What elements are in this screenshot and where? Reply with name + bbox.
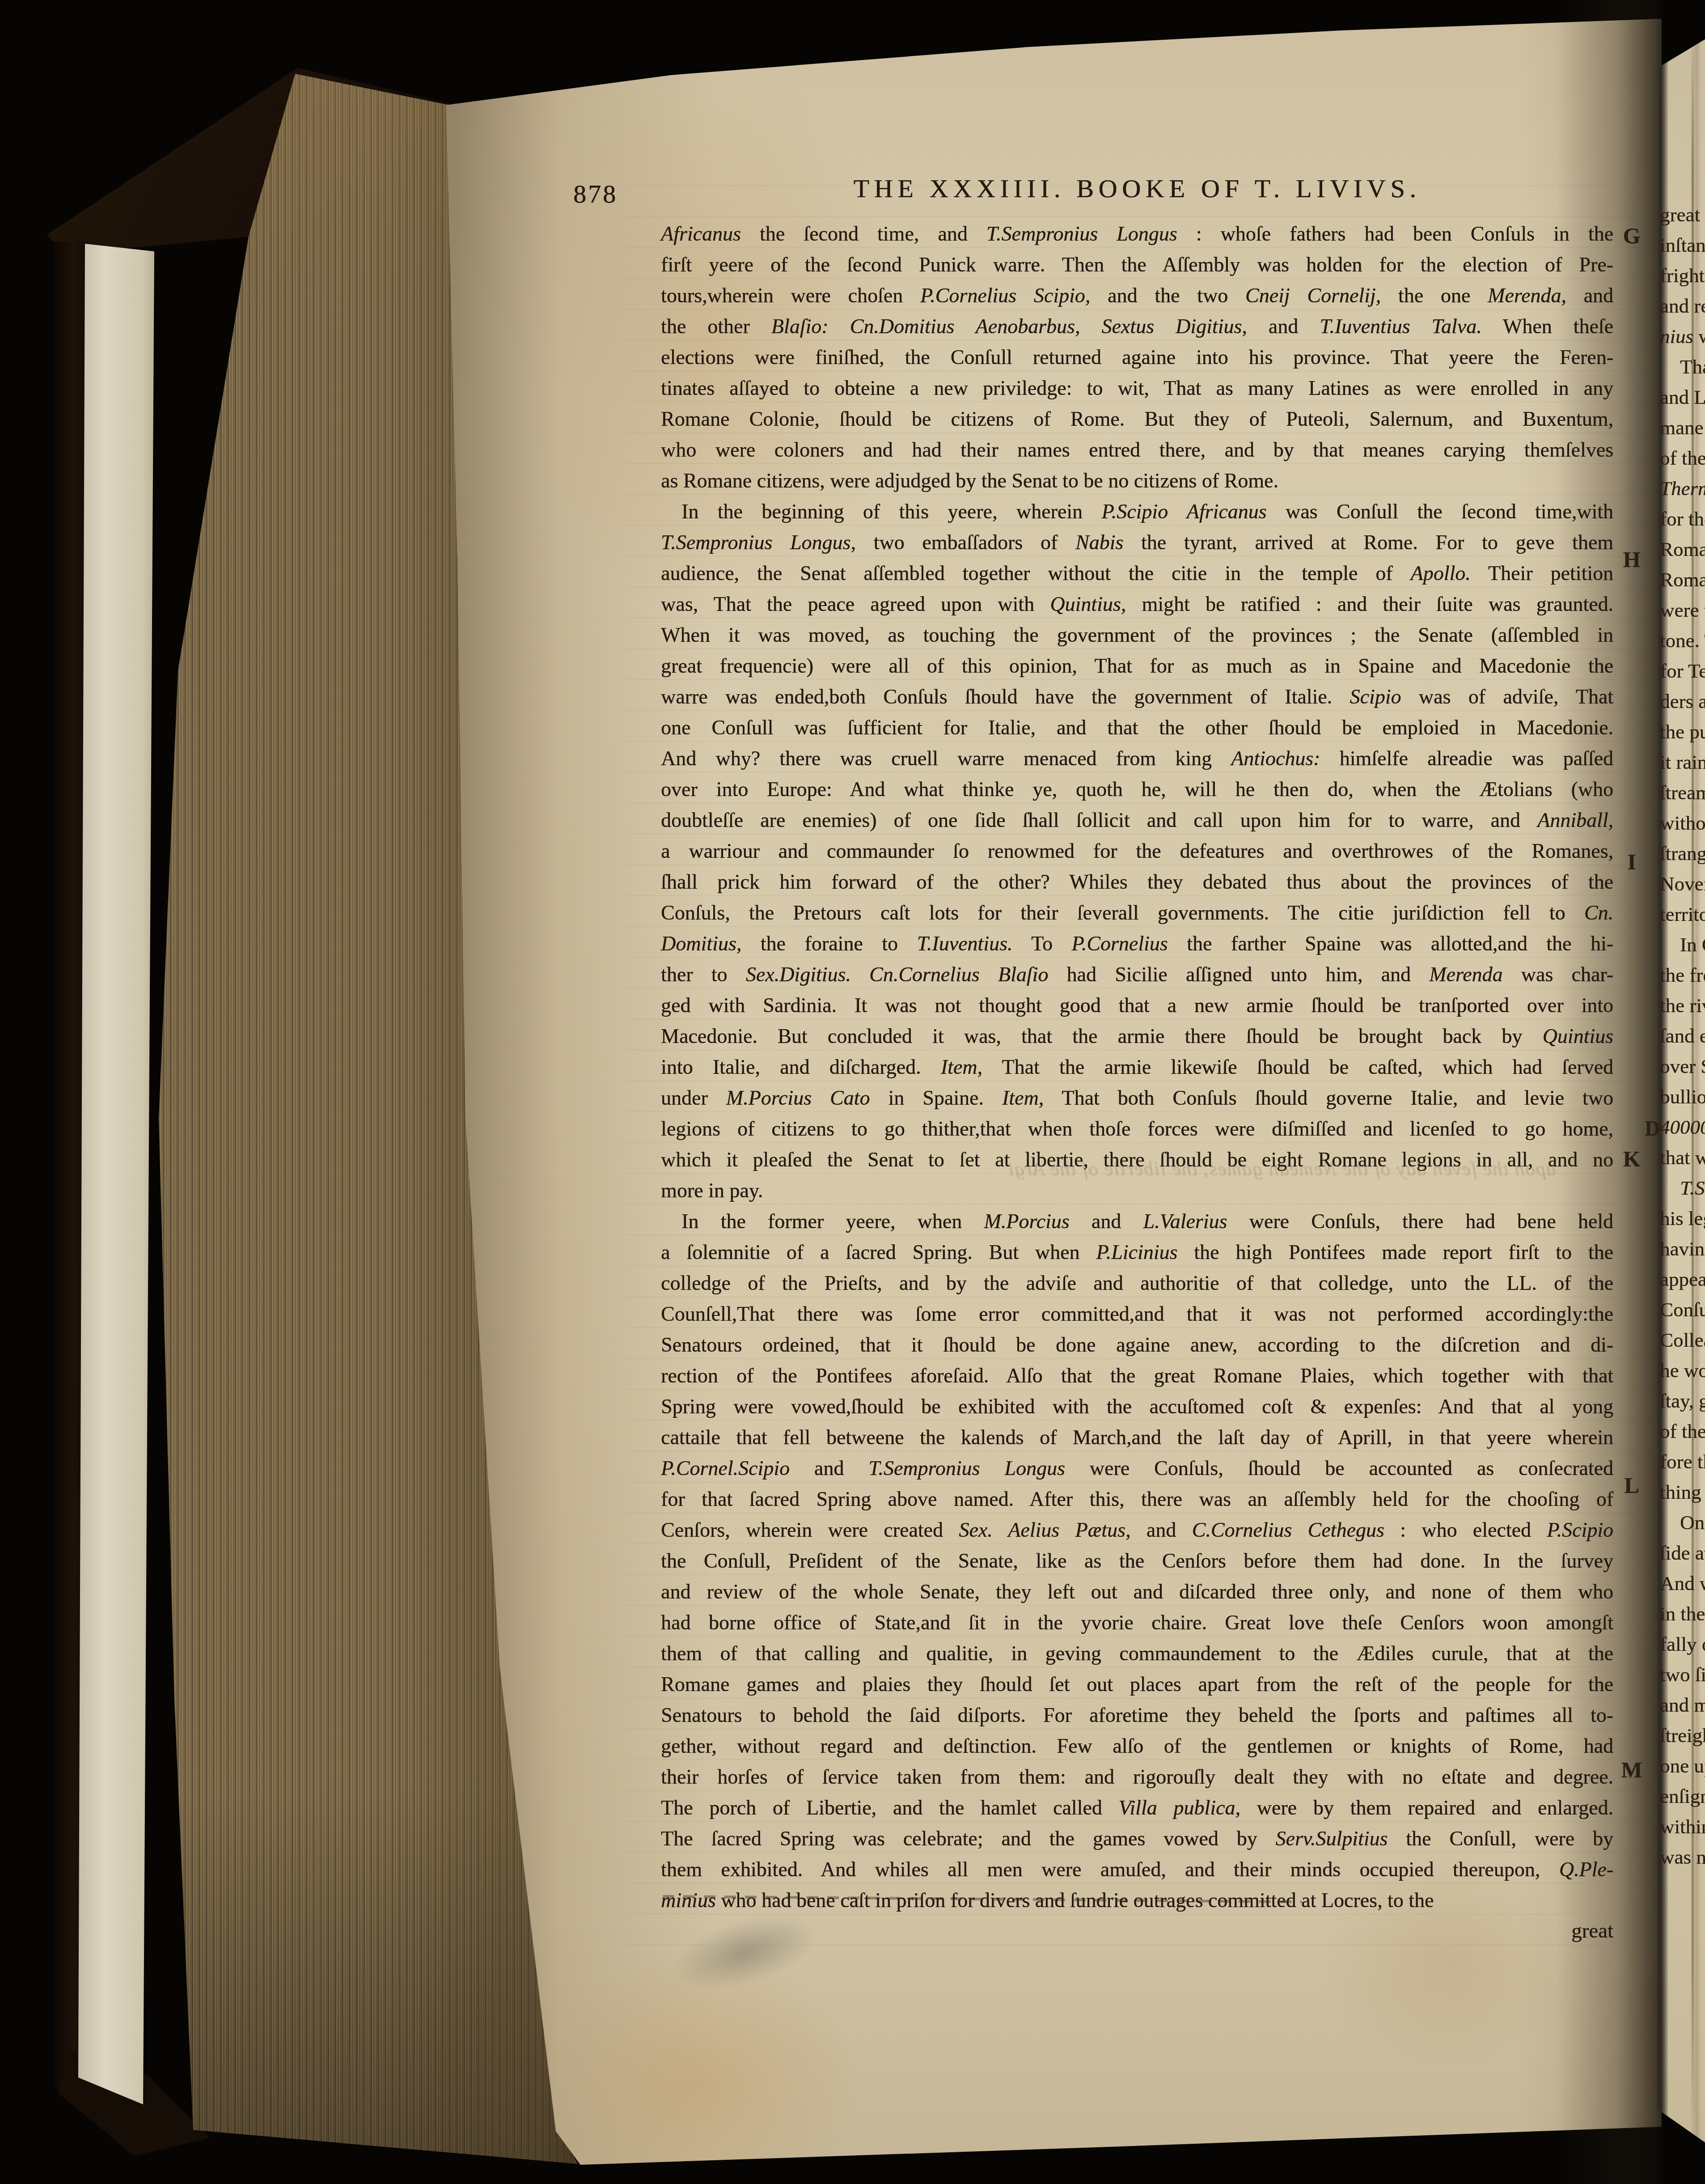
body-line: their horſes of ſervice taken from them:… [661,1761,1613,1792]
margin-letter-K: K [1615,1146,1648,1172]
next-page-line: tone. The [1660,627,1705,654]
body-line: great frequencie) were all of this opini… [661,650,1613,681]
body-line: Senatours ordeined, that it ſhould be do… [661,1329,1613,1360]
next-page-line: inſtant ſho [1660,232,1705,259]
next-page-line: and made [1660,1692,1705,1718]
next-page-line: ſand e [1660,1022,1705,1049]
body-line: Africanus the ſecond time, and T.Sempron… [661,218,1613,249]
body-line: Macedonie. But concluded it was, that th… [661,1021,1613,1052]
body-line: was, That the peace agreed upon with Qui… [661,589,1613,619]
next-page-line: bullio [1660,1083,1705,1110]
body-line: the other Blaſio: Cn.Domitius Aenobarbus… [661,311,1613,342]
body-line: The ſacred Spring was celebrate; and the… [661,1823,1613,1854]
body-line: Domitius, the foraine to T.Iuventius. To… [661,928,1613,959]
body-line: And why? there was cruell warre menaced … [661,743,1613,774]
body-line: under M.Porcius Cato in Spaine. Item, Th… [661,1082,1613,1113]
next-page-line: That ye [1660,353,1705,380]
body-line: Romane games and plaies they ſhould ſet … [661,1669,1613,1700]
next-page-line: his legio [1660,1205,1705,1232]
next-page-line: T.Se [1660,1175,1705,1201]
next-page-line: and reporte [1660,293,1705,319]
next-page-line: and Literat [1660,384,1705,411]
body-line: them exhibited. And whiles all men were … [661,1854,1613,1885]
body-line: who were coloners and had their names en… [661,434,1613,465]
next-page-line: were woon [1660,597,1705,623]
next-page-line: thing bu [1660,1479,1705,1505]
body-line: over into Europe: And what thinke ye, qu… [661,774,1613,805]
next-page-line: having ra [1660,1235,1705,1262]
next-page-line: ſtreights. [1660,1722,1705,1749]
body-line: Conſuls, the Pretours caſt lots for thei… [661,897,1613,928]
next-page-line: 400000 [1660,1114,1705,1141]
next-page-line: for the like [1660,505,1705,532]
next-page-line: territori [1660,901,1705,928]
next-page-line: over S [1660,1053,1705,1080]
next-page-line: was nothi [1660,1844,1705,1870]
body-line: cattaile that fell betweene the kalends … [661,1422,1613,1453]
body-line: warre was ended,both Conſuls ſhould have… [661,681,1613,712]
body-line: one Conſull was ſufficient for Italie, a… [661,712,1613,743]
margin-letter-M: M [1615,1757,1648,1783]
next-page-line: enſignes o [1660,1783,1705,1810]
show-through-ghost-text: upon the ſeven day of the Nemean games, … [733,1158,1556,1180]
next-page-line: two ſide g [1660,1661,1705,1688]
next-page-line: it rained e [1660,749,1705,776]
next-page-line: ſtreame o [1660,779,1705,806]
body-line: When it was moved, as touching the gover… [661,619,1613,650]
body-line: had borne office of State,and ſit in the… [661,1607,1613,1638]
body-line: The porch of Libertie, and the hamlet ca… [661,1792,1613,1823]
body-line: P.Cornel.Scipio and T.Sempronius Longus … [661,1453,1613,1484]
body-line: Counſell,That there was ſome error commi… [661,1298,1613,1329]
running-title: THE XXXIIII. BOOKE OF T. LIVIVS. [661,174,1613,204]
next-page-line: the fren [1660,962,1705,988]
next-page-line: within the [1660,1813,1705,1840]
body-line: the Conſull, Preſident of the Senate, li… [661,1545,1613,1576]
next-page-line: Romane ci [1660,566,1705,593]
next-page-line: of the Co [1660,1418,1705,1445]
body-line: and review of the whole Senate, they lef… [661,1576,1613,1607]
next-page-line: one upon [1660,1752,1705,1779]
next-page-line: appeared [1660,1266,1705,1293]
next-page-line: And whe [1660,1570,1705,1597]
flyleaf-page-edge [76,242,159,2111]
next-page-line: Colleagu [1660,1327,1705,1353]
body-line: a warriour and commaunder ſo renowmed fo… [661,835,1613,866]
next-page-line: Novend [1660,870,1705,897]
body-line: ged with Sardinia. It was not thought go… [661,990,1613,1021]
body-line: ther to Sex.Digitius. Cn.Cornelius Blaſi… [661,959,1613,990]
body-line: them of that calling and qualitie, in ge… [661,1638,1613,1669]
body-line: Senatours to behold the ſaid diſports. F… [661,1700,1613,1730]
body-line: elections were finiſhed, the Conſull ret… [661,342,1613,373]
next-page-line: of them, we [1660,445,1705,471]
next-page-line: ſtrange to [1660,840,1705,867]
margin-letter-I: I [1615,849,1648,875]
next-page-line: On the th [1660,1509,1705,1536]
next-page-line: that wer [1660,1144,1705,1171]
body-line: In the beginning of this yeere, wherein … [661,496,1613,527]
body-line: doubtleſſe are enemies) of one ſide ſhal… [661,805,1613,835]
catchword: great [1440,1919,1613,1943]
margin-letter-G: G [1615,223,1648,249]
page-number: 878 [573,179,618,209]
next-page-line: fore the fo [1660,1448,1705,1475]
next-page-line: ſtay, gave [1660,1387,1705,1414]
body-line: Romane Colonie, ſhould be citizens of Ro… [661,403,1613,434]
body-line: In the former yeere, when M.Porcius and … [661,1206,1613,1237]
body-line: firſt yeere of the ſecond Punick warre. … [661,249,1613,280]
next-page-line: nius was let [1660,323,1705,350]
next-page-line: Conſull p [1660,1296,1705,1323]
body-text: Africanus the ſecond time, and T.Sempron… [661,218,1613,1916]
body-line: a ſolemnitie of a ſacred Spring. But whe… [661,1237,1613,1268]
body-line: colledge of the Prieſts, and by the advi… [661,1268,1613,1298]
next-page-line: ſide at on [1660,1539,1705,1566]
next-page-line: Romane ci [1660,536,1705,563]
body-line: into Italie, and diſcharged. Item, That … [661,1052,1613,1082]
margin-letter-L: L [1615,1472,1648,1498]
body-line: T.Sempronius Longus, two embaſſadors of … [661,527,1613,558]
body-line: gether, without regard and deſtinction. … [661,1730,1613,1761]
body-line: audience, the Senat aſſembled together w… [661,558,1613,589]
next-page-line: for Tempſa [1660,657,1705,684]
next-page-line: the rive [1660,992,1705,1019]
next-page-line: frighted in [1660,262,1705,289]
next-page-line: In C [1660,931,1705,958]
body-line: rection of the Pontifees aforeſaid. Alſo… [661,1360,1613,1391]
body-line: as Romane citizens, were adjudged by the… [661,465,1613,496]
next-page-line: ders and p [1660,688,1705,715]
body-line: legions of citizens to go thither,that w… [661,1113,1613,1144]
body-line: ſhall prick him forward of the other? Wh… [661,866,1613,897]
body-line: tinates aſſayed to obteine a new privile… [661,373,1613,403]
body-line: tours,wherein were choſen P.Cornelius Sc… [661,280,1613,311]
next-page-line: he would [1660,1357,1705,1384]
next-page-line: the public [1660,718,1705,745]
scanned-book-photo: { "colors": { "background": "#070503", "… [0,0,1705,2184]
next-page-line: mane citize [1660,414,1705,441]
body-line: for that ſacred Spring above named. Afte… [661,1484,1613,1514]
body-line: Cenſors, wherein were created Sex. Aeliu… [661,1514,1613,1545]
margin-letter-H: H [1615,547,1648,573]
next-page-line: great offen [1660,201,1705,228]
next-page-line: Thermus. T [1660,475,1705,502]
next-page-line: fally out a [1660,1631,1705,1658]
body-line: Spring were vowed,ſhould be exhibited wi… [661,1391,1613,1422]
next-page-line: in the ene [1660,1600,1705,1627]
next-page-line: without [1660,810,1705,836]
